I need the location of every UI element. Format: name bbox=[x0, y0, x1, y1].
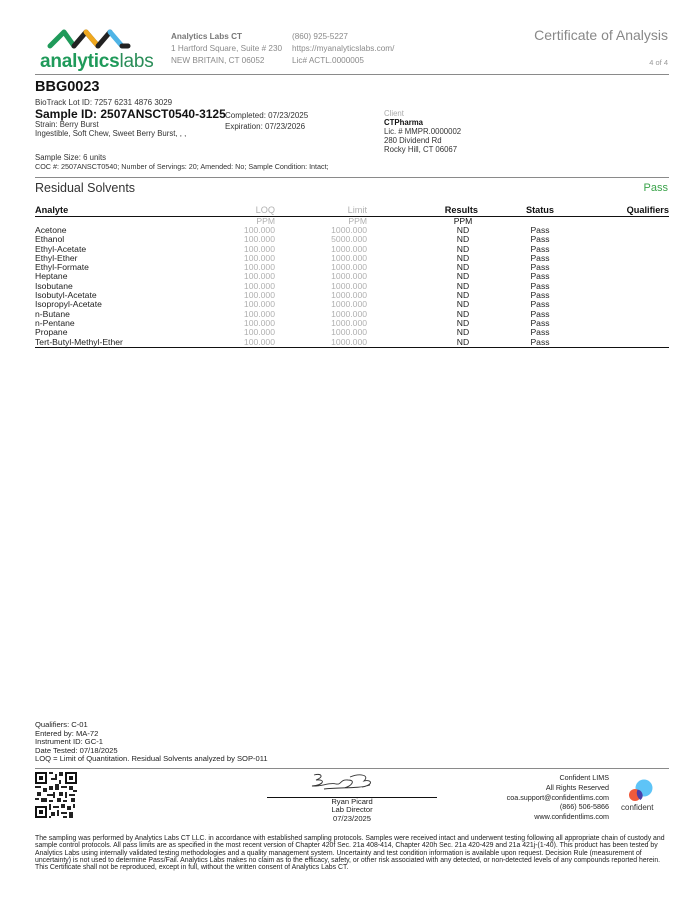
result-cell: ND bbox=[448, 338, 478, 347]
result-cell-wrapper: ND bbox=[383, 338, 478, 348]
logo-text-light: labs bbox=[120, 51, 154, 72]
lims-website[interactable]: www.confidentlims.com bbox=[507, 812, 609, 822]
qualifiers-cell bbox=[602, 272, 669, 281]
signature-date: 07/23/2025 bbox=[267, 815, 437, 823]
analyte-cell: Tert-Butyl-Methyl-Ether bbox=[35, 338, 175, 348]
residual-solvents-table: Analyte LOQ Limit Results Status Qualifi… bbox=[35, 205, 669, 348]
molecule-logo-icon bbox=[36, 24, 162, 52]
sample-id: Sample ID: 2507ANSCT0540-3125 bbox=[35, 107, 226, 121]
lab-name: Analytics Labs CT bbox=[171, 31, 282, 43]
lims-email[interactable]: coa.support@confidentlims.com bbox=[507, 793, 609, 803]
section-title: Residual Solvents bbox=[35, 181, 135, 195]
document-title: Certificate of Analysis bbox=[534, 27, 668, 43]
lab-address-line1: 1 Hartford Square, Suite # 230 bbox=[171, 43, 282, 55]
biotrack-lot-id: BioTrack Lot ID: 7257 6231 4876 3029 bbox=[35, 98, 172, 107]
page-indicator: 4 of 4 bbox=[649, 58, 668, 67]
lims-rights: All Rights Reserved bbox=[507, 783, 609, 793]
client-label: Client bbox=[384, 109, 461, 118]
section-status: Pass bbox=[644, 182, 668, 194]
qualifiers-cell bbox=[602, 254, 669, 263]
header-status: Status bbox=[478, 205, 602, 217]
sample-size: Sample Size: 6 units bbox=[35, 153, 329, 162]
lab-phone: (860) 925-5227 bbox=[292, 31, 394, 43]
client-license: Lic. # MMPR.0000002 bbox=[384, 127, 461, 136]
qualifiers-cell bbox=[602, 300, 669, 309]
qualifiers-cell bbox=[602, 291, 669, 300]
loq-cell: 100.000 bbox=[175, 338, 287, 348]
client-address-line2: Rocky Hill, CT 06067 bbox=[384, 145, 461, 154]
lab-address-line2: NEW BRITAIN, CT 06052 bbox=[171, 55, 282, 67]
qualifiers-cell bbox=[602, 338, 669, 348]
completed-date: Completed: 07/23/2025 bbox=[225, 110, 308, 121]
notes-block: Qualifiers: C-01 Entered by: MA-72 Instr… bbox=[35, 721, 268, 764]
lab-website[interactable]: https://myanalyticslabs.com/ bbox=[292, 43, 394, 55]
confident-logo-text: confident bbox=[621, 803, 653, 812]
loq-note: LOQ = Limit of Quantitation. Residual So… bbox=[35, 755, 268, 764]
header-loq: LOQ bbox=[175, 205, 287, 217]
signature-icon bbox=[300, 771, 390, 797]
strain-block: Strain: Berry Burst Ingestible, Soft Che… bbox=[35, 120, 186, 138]
qualifiers-cell bbox=[602, 263, 669, 272]
qr-code-icon[interactable] bbox=[35, 772, 77, 818]
header-analyte: Analyte bbox=[35, 205, 175, 217]
qualifiers-cell bbox=[602, 328, 669, 337]
section-divider bbox=[35, 177, 669, 178]
lims-name: Confident LIMS bbox=[507, 773, 609, 783]
qualifiers-cell bbox=[602, 319, 669, 328]
qualifiers-cell bbox=[602, 282, 669, 291]
product-type: Ingestible, Soft Chew, Sweet Berry Burst… bbox=[35, 129, 186, 138]
status-cell: Pass bbox=[478, 338, 602, 348]
limit-cell: 1000.000 bbox=[287, 338, 383, 348]
qualifiers-cell bbox=[602, 226, 669, 235]
lims-phone: (866) 506-5866 bbox=[507, 802, 609, 812]
strain: Strain: Berry Burst bbox=[35, 120, 186, 129]
signatory-block: Ryan Picard Lab Director 07/23/2025 bbox=[267, 798, 437, 823]
lab-contact-block: (860) 925-5227 https://myanalyticslabs.c… bbox=[292, 31, 394, 67]
qualifiers-cell bbox=[602, 235, 669, 244]
header-divider bbox=[35, 74, 669, 75]
dates-block: Completed: 07/23/2025 Expiration: 07/23/… bbox=[225, 110, 308, 132]
header-results: Results bbox=[383, 205, 478, 217]
lab-address-block: Analytics Labs CT 1 Hartford Square, Sui… bbox=[171, 31, 282, 67]
qualifiers-cell bbox=[602, 245, 669, 254]
lims-block: Confident LIMS All Rights Reserved coa.s… bbox=[507, 773, 609, 822]
table-row: Tert-Butyl-Methyl-Ether100.0001000.000ND… bbox=[35, 338, 669, 348]
qualifiers-cell bbox=[602, 310, 669, 319]
header-limit: Limit bbox=[287, 205, 383, 217]
client-address-line1: 280 Dividend Rd bbox=[384, 136, 461, 145]
coc-line: COC #: 2507ANSCT0540; Number of Servings… bbox=[35, 162, 329, 171]
sample-size-block: Sample Size: 6 units COC #: 2507ANSCT054… bbox=[35, 153, 329, 171]
client-block: Client CTPharma Lic. # MMPR.0000002 280 … bbox=[384, 109, 461, 154]
confident-logo-icon bbox=[626, 779, 656, 803]
footer-divider bbox=[35, 768, 669, 769]
expiration-date: Expiration: 07/23/2026 bbox=[225, 121, 308, 132]
logo-text-bold: analytics bbox=[40, 51, 120, 72]
table-header-row: Analyte LOQ Limit Results Status Qualifi… bbox=[35, 205, 669, 217]
analytics-labs-logo: analyticslabs bbox=[36, 24, 162, 74]
batch-id: BBG0023 bbox=[35, 79, 99, 95]
disclaimer: The sampling was performed by Analytics … bbox=[35, 835, 667, 871]
lab-license: Lic# ACTL.0000005 bbox=[292, 55, 394, 67]
header-qualifiers: Qualifiers bbox=[602, 205, 669, 217]
client-name: CTPharma bbox=[384, 118, 461, 127]
